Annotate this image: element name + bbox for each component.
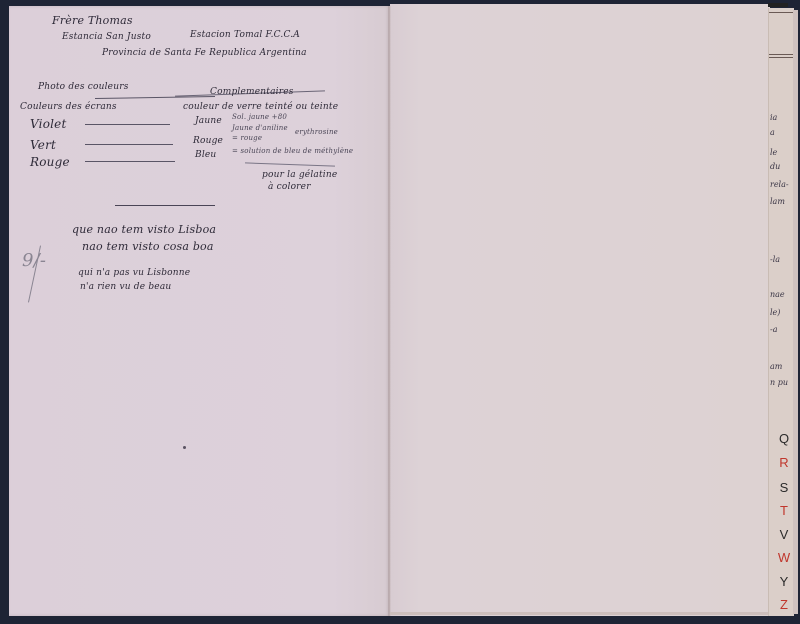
index-tab-w[interactable]: W xyxy=(776,550,792,565)
index-tab-r[interactable]: R xyxy=(776,455,792,470)
row-vert: Vert xyxy=(30,138,56,152)
left-column-heading: Couleurs des écrans xyxy=(20,102,117,112)
left-page xyxy=(9,6,390,616)
header-line-2: Estancia San Justo xyxy=(62,32,151,42)
phrase-2: nao tem visto cosa boa xyxy=(82,240,214,253)
index-tab-z[interactable]: Z xyxy=(776,597,792,612)
row-violet: Violet xyxy=(30,117,66,131)
page-edge xyxy=(793,10,798,614)
margin-fragment: lam xyxy=(770,197,785,206)
right-column-heading: Complementaires xyxy=(210,87,294,97)
comp-row-rouge-value: = rouge xyxy=(232,134,262,142)
top-tab-marker xyxy=(768,3,788,7)
book-gutter xyxy=(388,6,391,616)
margin-fragment: a xyxy=(770,128,775,137)
row-vert-line xyxy=(85,144,173,145)
margin-fragment: ia xyxy=(770,113,777,122)
comp-row-jaune-value: Sol. jaune +80 xyxy=(232,113,287,121)
phrase-4: n'a rien vu de beau xyxy=(80,282,171,292)
margin-fragment: am xyxy=(770,362,782,371)
margin-fragment: nae xyxy=(770,290,785,299)
index-tab-q[interactable]: Q xyxy=(776,431,792,446)
section-title: Photo des couleurs xyxy=(38,82,129,92)
header-line-1: Frère Thomas xyxy=(52,14,133,27)
header-line-2-right: Estacion Tomal F.C.C.A xyxy=(190,30,300,40)
index-tab-t[interactable]: T xyxy=(776,503,792,518)
comp-row-jaune-note: Jaune d'aniline xyxy=(232,124,288,132)
margin-fragment: le) xyxy=(770,308,780,317)
comp-row-jaune-label: Jaune xyxy=(195,116,222,126)
comp-row-bleu-value: = solution de bleu de méthylène xyxy=(232,147,353,155)
margin-fragment: du xyxy=(770,162,780,171)
page-bottom-edge xyxy=(390,612,770,615)
index-tab-v[interactable]: V xyxy=(776,527,792,542)
row-rouge-line xyxy=(85,161,175,162)
margin-fragment: le xyxy=(770,148,777,157)
margin-fragment: -la xyxy=(770,255,780,264)
header-line-3: Provincia de Santa Fe Republica Argentin… xyxy=(102,48,307,58)
right-column-subheading: couleur de verre teinté ou teinte xyxy=(183,102,338,112)
margin-fragment: rela- xyxy=(770,180,789,189)
index-tab-y[interactable]: Y xyxy=(776,574,792,589)
comp-row-bleu-label: Bleu xyxy=(195,150,216,160)
phrase-divider xyxy=(115,205,215,206)
margin-fragment: n pu xyxy=(770,378,788,387)
footnote-line-1: pour la gélatine xyxy=(262,170,337,180)
row-violet-line xyxy=(85,124,170,125)
phrase-1: que nao tem visto Lisboa xyxy=(72,223,216,236)
ink-speck xyxy=(183,446,186,449)
phrase-3: qui n'a pas vu Lisbonne xyxy=(78,268,190,278)
margin-fragment: -a xyxy=(770,325,777,334)
comp-row-rouge-note: erythrosine xyxy=(295,128,338,136)
footnote-line-2: à colorer xyxy=(268,182,311,192)
comp-row-rouge-label: Rouge xyxy=(193,136,223,146)
index-tab-s[interactable]: S xyxy=(776,480,792,495)
right-page xyxy=(390,4,770,616)
row-rouge: Rouge xyxy=(30,155,70,169)
